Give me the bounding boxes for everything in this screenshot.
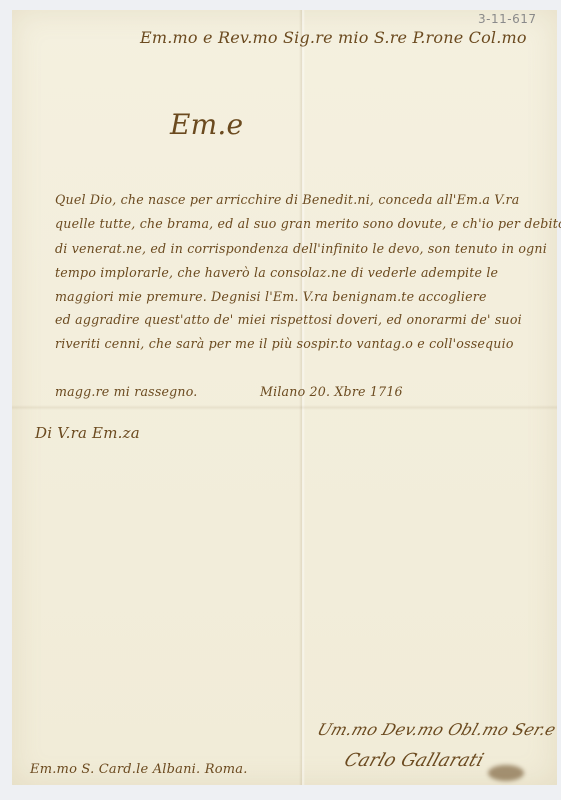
salutation-heading: Em.mo e Rev.mo Sig.re mio S.re P.rone Co… — [140, 28, 527, 47]
closing-formula: Di V.ra Em.za — [35, 424, 140, 442]
body-line: quelle tutte, che brama, ed al suo gran … — [55, 216, 561, 231]
body-line: riveriti cenni, che sarà per me il più s… — [55, 336, 514, 351]
body-line: ed aggradire quest'atto de' miei rispett… — [55, 312, 522, 327]
body-line: magg.re mi rassegno. — [55, 384, 197, 399]
opening-address: Em.e — [170, 108, 243, 141]
signature-name: Carlo Gallarati — [342, 750, 487, 771]
body-line: Quel Dio, che nasce per arricchire di Be… — [55, 192, 519, 207]
body-line: maggiori mie premure. Degnisi l'Em. V.ra… — [55, 289, 487, 304]
place-and-date: Milano 20. Xbre 1716 — [260, 384, 403, 399]
body-line: tempo implorarle, che haverò la consolaz… — [55, 265, 498, 280]
ink-blot — [488, 765, 524, 781]
addressee-line: Em.mo S. Card.le Albani. Roma. — [30, 762, 248, 777]
archive-number: 3-11-617 — [478, 12, 536, 26]
body-line: di venerat.ne, ed in corrispondenza dell… — [55, 241, 547, 256]
signature-line: Um.mo Dev.mo Obl.mo Ser.e — [315, 720, 559, 739]
horizontal-fold-crease — [12, 405, 557, 410]
